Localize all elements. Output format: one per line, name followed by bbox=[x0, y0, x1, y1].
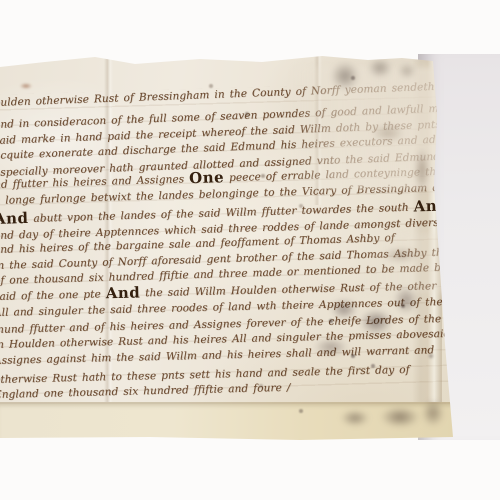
vellum-deed: oulden otherwise Rust of Bressingham in … bbox=[0, 55, 456, 440]
blackletter-word: And bbox=[0, 209, 29, 228]
edge-ink-specks bbox=[413, 141, 431, 199]
ink-smudge bbox=[366, 121, 410, 145]
mould-stain bbox=[308, 335, 354, 359]
ink-smudge bbox=[376, 245, 426, 265]
mould-stain bbox=[390, 281, 422, 319]
ink-spots bbox=[0, 55, 2, 57]
mould-stain bbox=[395, 61, 419, 81]
mould-stain bbox=[354, 305, 398, 339]
mould-stain bbox=[326, 57, 364, 95]
mould-stain bbox=[364, 55, 396, 81]
red-ochre-mark bbox=[18, 82, 34, 90]
photograph: oulden otherwise Rust of Bressingham in … bbox=[0, 0, 500, 500]
blackletter-word: And bbox=[106, 283, 141, 302]
blackletter-word: One bbox=[189, 168, 225, 187]
mould-stain bbox=[418, 395, 448, 431]
mould-stain bbox=[336, 407, 374, 429]
